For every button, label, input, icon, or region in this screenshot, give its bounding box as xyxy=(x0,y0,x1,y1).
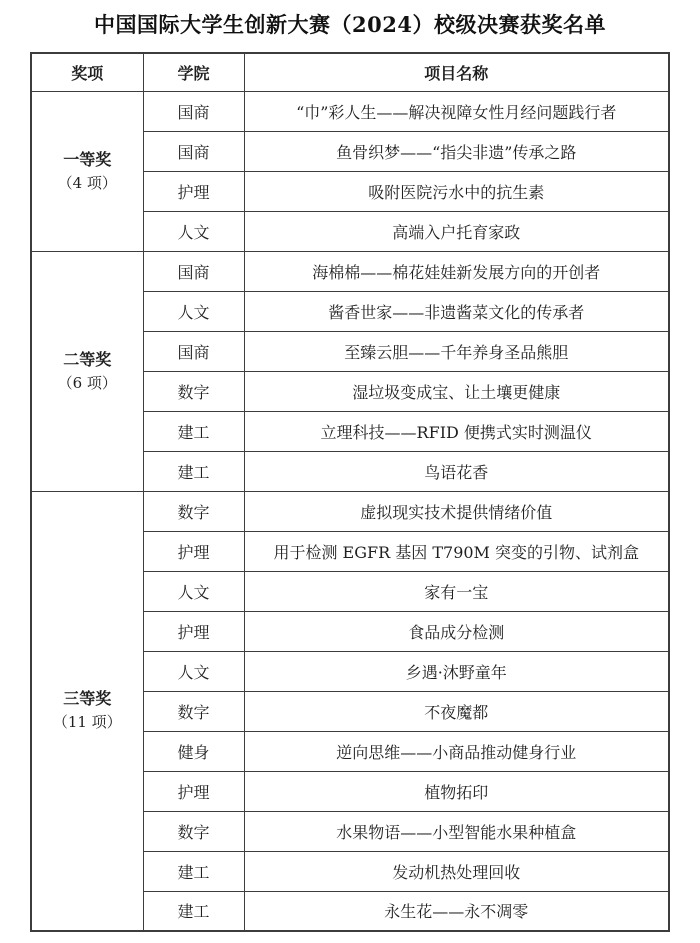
awards-table-body: 一等奖（4 项）国商“巾”彩人生——解决视障女性月经问题践行者国商鱼骨织梦——“… xyxy=(31,91,669,931)
project-cell: 发动机热处理回收 xyxy=(244,851,669,891)
college-cell: 护理 xyxy=(143,611,244,651)
project-cell: 酱香世家——非遗酱菜文化的传承者 xyxy=(244,291,669,331)
college-cell: 数字 xyxy=(143,691,244,731)
project-cell: 湿垃圾变成宝、让土壤更健康 xyxy=(244,371,669,411)
college-cell: 建工 xyxy=(143,451,244,491)
awards-table: 奖项 学院 项目名称 一等奖（4 项）国商“巾”彩人生——解决视障女性月经问题践… xyxy=(30,52,670,932)
project-cell: 立理科技——RFID 便携式实时测温仪 xyxy=(244,411,669,451)
project-cell: 鸟语花香 xyxy=(244,451,669,491)
award-group-cell: 一等奖（4 项） xyxy=(31,91,143,251)
award-group-cell: 二等奖（6 项） xyxy=(31,251,143,491)
college-cell: 护理 xyxy=(143,531,244,571)
college-cell: 人文 xyxy=(143,291,244,331)
project-cell: 鱼骨织梦——“指尖非遗”传承之路 xyxy=(244,131,669,171)
college-cell: 护理 xyxy=(143,771,244,811)
college-cell: 国商 xyxy=(143,331,244,371)
college-cell: 数字 xyxy=(143,491,244,531)
project-cell: 至臻云胆——千年养身圣品熊胆 xyxy=(244,331,669,371)
college-cell: 数字 xyxy=(143,371,244,411)
project-cell: 乡遇·沐野童年 xyxy=(244,651,669,691)
project-cell: 不夜魔都 xyxy=(244,691,669,731)
header-cell-college: 学院 xyxy=(143,53,244,91)
award-count: （6 项） xyxy=(36,373,139,395)
college-cell: 国商 xyxy=(143,131,244,171)
award-group-cell: 三等奖（11 项） xyxy=(31,491,143,931)
award-count: （11 项） xyxy=(36,712,139,734)
project-cell: 逆向思维——小商品推动健身行业 xyxy=(244,731,669,771)
college-cell: 人文 xyxy=(143,211,244,251)
project-cell: 高端入户托育家政 xyxy=(244,211,669,251)
college-cell: 国商 xyxy=(143,91,244,131)
college-cell: 健身 xyxy=(143,731,244,771)
award-count: （4 项） xyxy=(36,173,139,195)
project-cell: 海棉棉——棉花娃娃新发展方向的开创者 xyxy=(244,251,669,291)
project-cell: 植物拓印 xyxy=(244,771,669,811)
project-cell: 吸附医院污水中的抗生素 xyxy=(244,171,669,211)
header-cell-project: 项目名称 xyxy=(244,53,669,91)
college-cell: 人文 xyxy=(143,571,244,611)
college-cell: 国商 xyxy=(143,251,244,291)
table-row: 二等奖（6 项）国商海棉棉——棉花娃娃新发展方向的开创者 xyxy=(31,251,669,291)
project-cell: 虚拟现实技术提供情绪价值 xyxy=(244,491,669,531)
award-name: 三等奖 xyxy=(36,687,139,712)
project-cell: 家有一宝 xyxy=(244,571,669,611)
table-row: 一等奖（4 项）国商“巾”彩人生——解决视障女性月经问题践行者 xyxy=(31,91,669,131)
header-cell-award: 奖项 xyxy=(31,53,143,91)
project-cell: 食品成分检测 xyxy=(244,611,669,651)
college-cell: 建工 xyxy=(143,851,244,891)
award-name: 二等奖 xyxy=(36,348,139,373)
project-cell: 永生花——永不凋零 xyxy=(244,891,669,931)
college-cell: 数字 xyxy=(143,811,244,851)
page-title: 中国国际大学生创新大赛（2024）校级决赛获奖名单 xyxy=(0,0,700,39)
awards-table-header: 奖项 学院 项目名称 xyxy=(31,53,669,91)
header-row: 奖项 学院 项目名称 xyxy=(31,53,669,91)
project-cell: 用于检测 EGFR 基因 T790M 突变的引物、试剂盒 xyxy=(244,531,669,571)
award-name: 一等奖 xyxy=(36,148,139,173)
college-cell: 建工 xyxy=(143,891,244,931)
document-page: 中国国际大学生创新大赛（2024）校级决赛获奖名单 奖项 学院 项目名称 一等奖… xyxy=(0,0,700,943)
project-cell: “巾”彩人生——解决视障女性月经问题践行者 xyxy=(244,91,669,131)
college-cell: 建工 xyxy=(143,411,244,451)
table-row: 三等奖（11 项）数字虚拟现实技术提供情绪价值 xyxy=(31,491,669,531)
college-cell: 护理 xyxy=(143,171,244,211)
project-cell: 水果物语——小型智能水果种植盒 xyxy=(244,811,669,851)
college-cell: 人文 xyxy=(143,651,244,691)
